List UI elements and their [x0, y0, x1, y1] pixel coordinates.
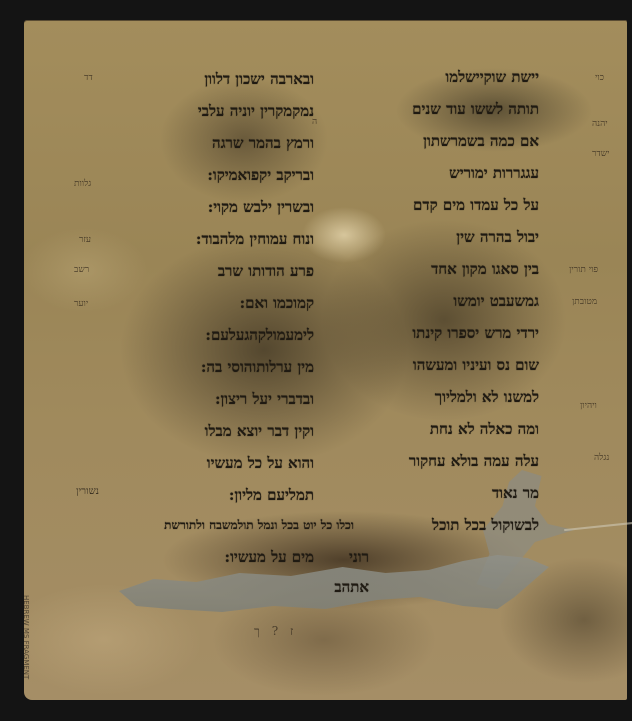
text-line: תמליעם מליון:: [229, 486, 314, 505]
text-line: יבול בהרה שין: [456, 228, 539, 247]
text-line: ירדי מרש יספרו קינתו: [412, 324, 539, 343]
text-line: לבשוקול בכל תוכל: [432, 516, 539, 535]
margin-note: כוי: [595, 72, 604, 83]
crack-line: [564, 521, 632, 531]
text-line: קמוכמו ואם:: [240, 294, 314, 313]
text-line: מין ערלותוהוסי בה:: [201, 358, 314, 377]
text-line: תותה לששו עוד שנים: [412, 100, 539, 119]
text-line: ובארבה ישכון דלוון: [204, 70, 314, 89]
text-line: לימעמולקהגעלעם:: [205, 326, 314, 345]
text-line: מר נאוד: [492, 484, 539, 503]
margin-note: פוי תורין: [569, 264, 598, 275]
margin-note: גלוות: [74, 178, 91, 189]
right-text-column: יישת שוקיישלמו תותה לששו עוד שנים אם כמה…: [324, 20, 539, 620]
text-line: אם כמה בשמרשתון: [423, 132, 539, 151]
margin-note: יוער: [74, 298, 88, 309]
margin-note: דד: [84, 72, 93, 83]
margin-note: ויהיון: [580, 400, 597, 411]
text-line: והוא על כל מעשיו: [207, 454, 314, 473]
text-line: עלה עמה בולא עחקור: [409, 452, 539, 471]
text-line: ומה כאלה לא נחת: [430, 420, 539, 439]
text-line: ובשרין ילבש מקוי:: [208, 198, 314, 217]
text-line: שום נס ועיניו ומעשהו: [413, 356, 539, 375]
text-line: פרע הודותו שרב: [218, 262, 314, 281]
margin-note: נשורין: [76, 486, 99, 497]
text-line: ורמץ בהמר שרגה: [212, 134, 314, 153]
margin-note: ה: [312, 116, 317, 127]
text-line: אתהב: [334, 578, 369, 597]
margin-note: עזר: [79, 234, 91, 245]
text-line: מים על מעשיו:: [225, 548, 314, 567]
text-line: יישת שוקיישלמו: [445, 68, 539, 87]
text-line: על כל עמדו מים קדם: [413, 196, 539, 215]
text-line: ונוח עמוחין מלהבוד:: [196, 230, 314, 249]
side-stamp: HEBREW MS FRAGMENT: [22, 595, 30, 679]
folio-marks: ז ? ך: [254, 624, 297, 639]
margin-note: יהנה: [592, 118, 608, 129]
text-line: ובדברי יעל ריצון:: [215, 390, 314, 409]
margin-note: ישדר: [592, 148, 609, 159]
margin-note: מטובתן: [572, 296, 597, 307]
text-line: עגגררות ימוריש: [449, 164, 539, 183]
text-line: גמשעבט יומשו: [453, 292, 539, 311]
text-line: בין סאגו מקון אחד: [431, 260, 539, 279]
left-text-column: ובארבה ישכון דלוון נמקמקרין יוניה עלבי ו…: [94, 20, 314, 620]
text-line: רוני: [349, 548, 369, 567]
margin-note: רשב: [74, 264, 89, 275]
text-line: וקין דבר יוצא מבלו: [205, 422, 314, 441]
margin-note: נגלה: [594, 452, 609, 463]
text-line: למשנו לא ולמליוך: [435, 388, 539, 407]
manuscript-leaf: ובארבה ישכון דלוון נמקמקרין יוניה עלבי ו…: [24, 20, 627, 700]
text-line: ובריקב יקפואמיקו:: [207, 166, 314, 185]
text-line: נמקמקרין יוניה עלבי: [198, 102, 314, 121]
